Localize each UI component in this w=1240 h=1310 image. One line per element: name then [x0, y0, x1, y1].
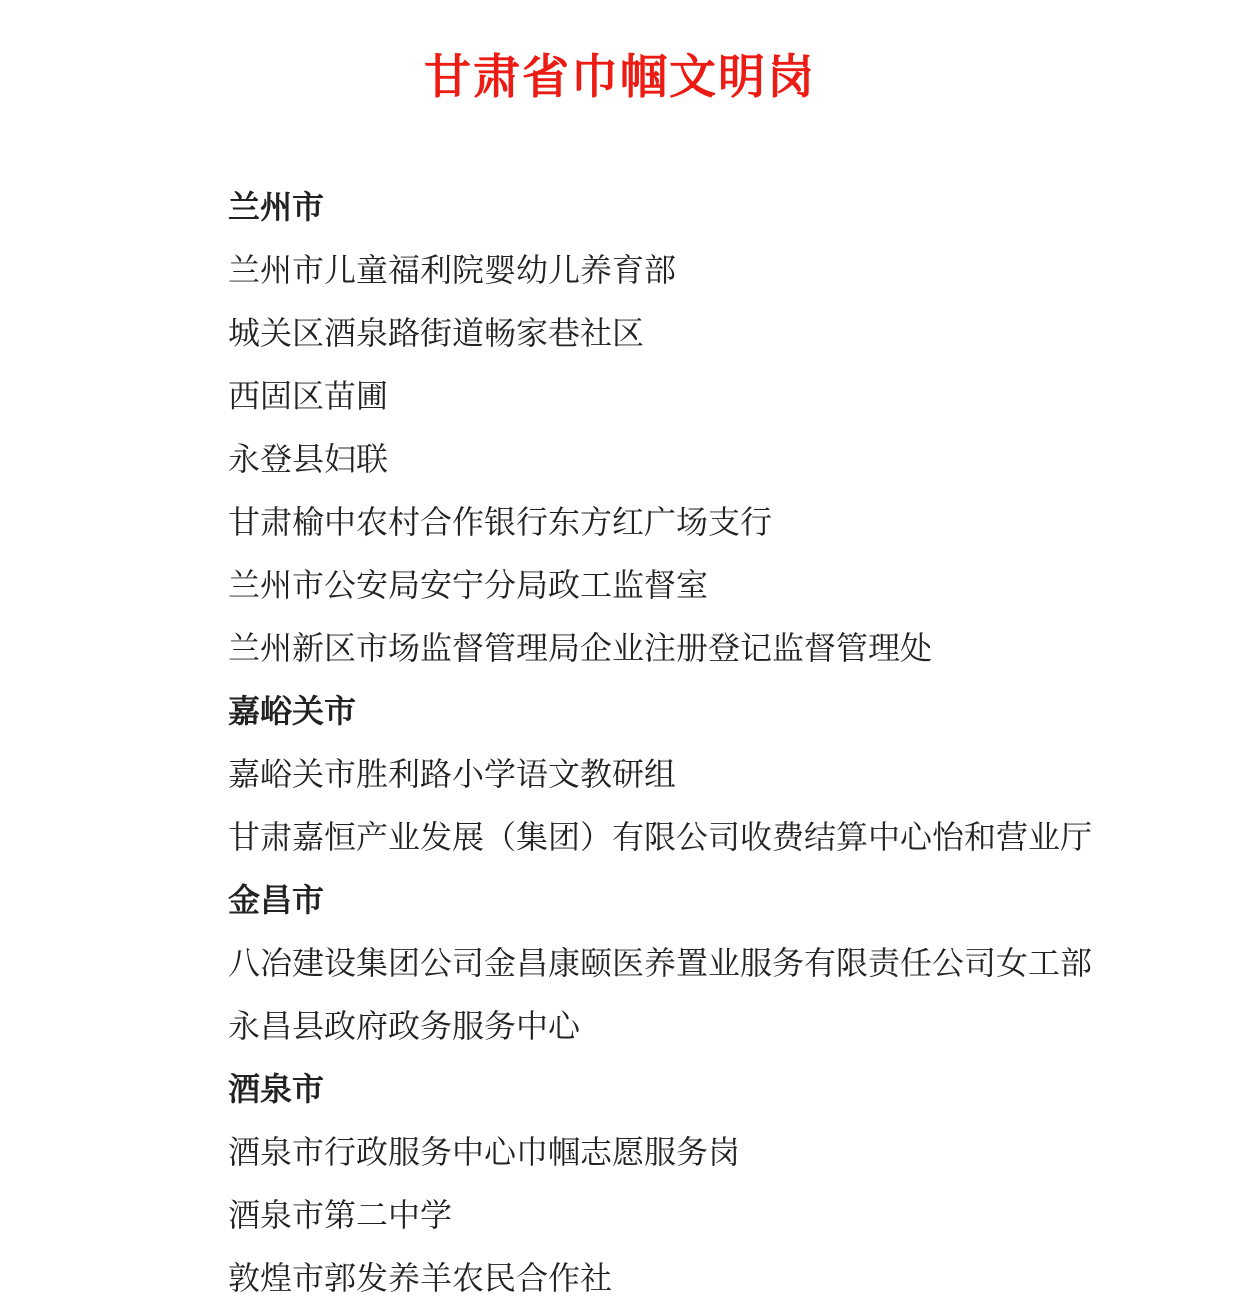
- city-header: 金昌市: [228, 869, 1180, 932]
- org-list-item: 兰州市公安局安宁分局政工监督室: [228, 554, 1180, 617]
- document-page: 甘肃省巾帼文明岗 兰州市兰州市儿童福利院婴幼儿养育部城关区酒泉路街道畅家巷社区西…: [0, 0, 1240, 1310]
- org-list-item: 酒泉市第二中学: [228, 1184, 1180, 1247]
- org-list: 兰州市兰州市儿童福利院婴幼儿养育部城关区酒泉路街道畅家巷社区西固区苗圃永登县妇联…: [228, 176, 1180, 1310]
- org-list-item: 敦煌市郭发养羊农民合作社: [228, 1247, 1180, 1310]
- org-list-item: 永昌县政府政务服务中心: [228, 995, 1180, 1058]
- org-list-item: 兰州新区市场监督管理局企业注册登记监督管理处: [228, 617, 1180, 680]
- org-list-item: 甘肃嘉恒产业发展（集团）有限公司收费结算中心怡和营业厅: [228, 806, 1180, 869]
- city-header: 酒泉市: [228, 1058, 1180, 1121]
- org-list-item: 八冶建设集团公司金昌康颐医养置业服务有限责任公司女工部: [228, 932, 1180, 995]
- page-title: 甘肃省巾帼文明岗: [0, 0, 1240, 104]
- org-list-item: 嘉峪关市胜利路小学语文教研组: [228, 743, 1180, 806]
- city-header: 兰州市: [228, 176, 1180, 239]
- org-list-item: 西固区苗圃: [228, 365, 1180, 428]
- org-list-item: 甘肃榆中农村合作银行东方红广场支行: [228, 491, 1180, 554]
- org-list-item: 酒泉市行政服务中心巾帼志愿服务岗: [228, 1121, 1180, 1184]
- org-list-item: 城关区酒泉路街道畅家巷社区: [228, 302, 1180, 365]
- city-header: 嘉峪关市: [228, 680, 1180, 743]
- org-list-item: 兰州市儿童福利院婴幼儿养育部: [228, 239, 1180, 302]
- org-list-item: 永登县妇联: [228, 428, 1180, 491]
